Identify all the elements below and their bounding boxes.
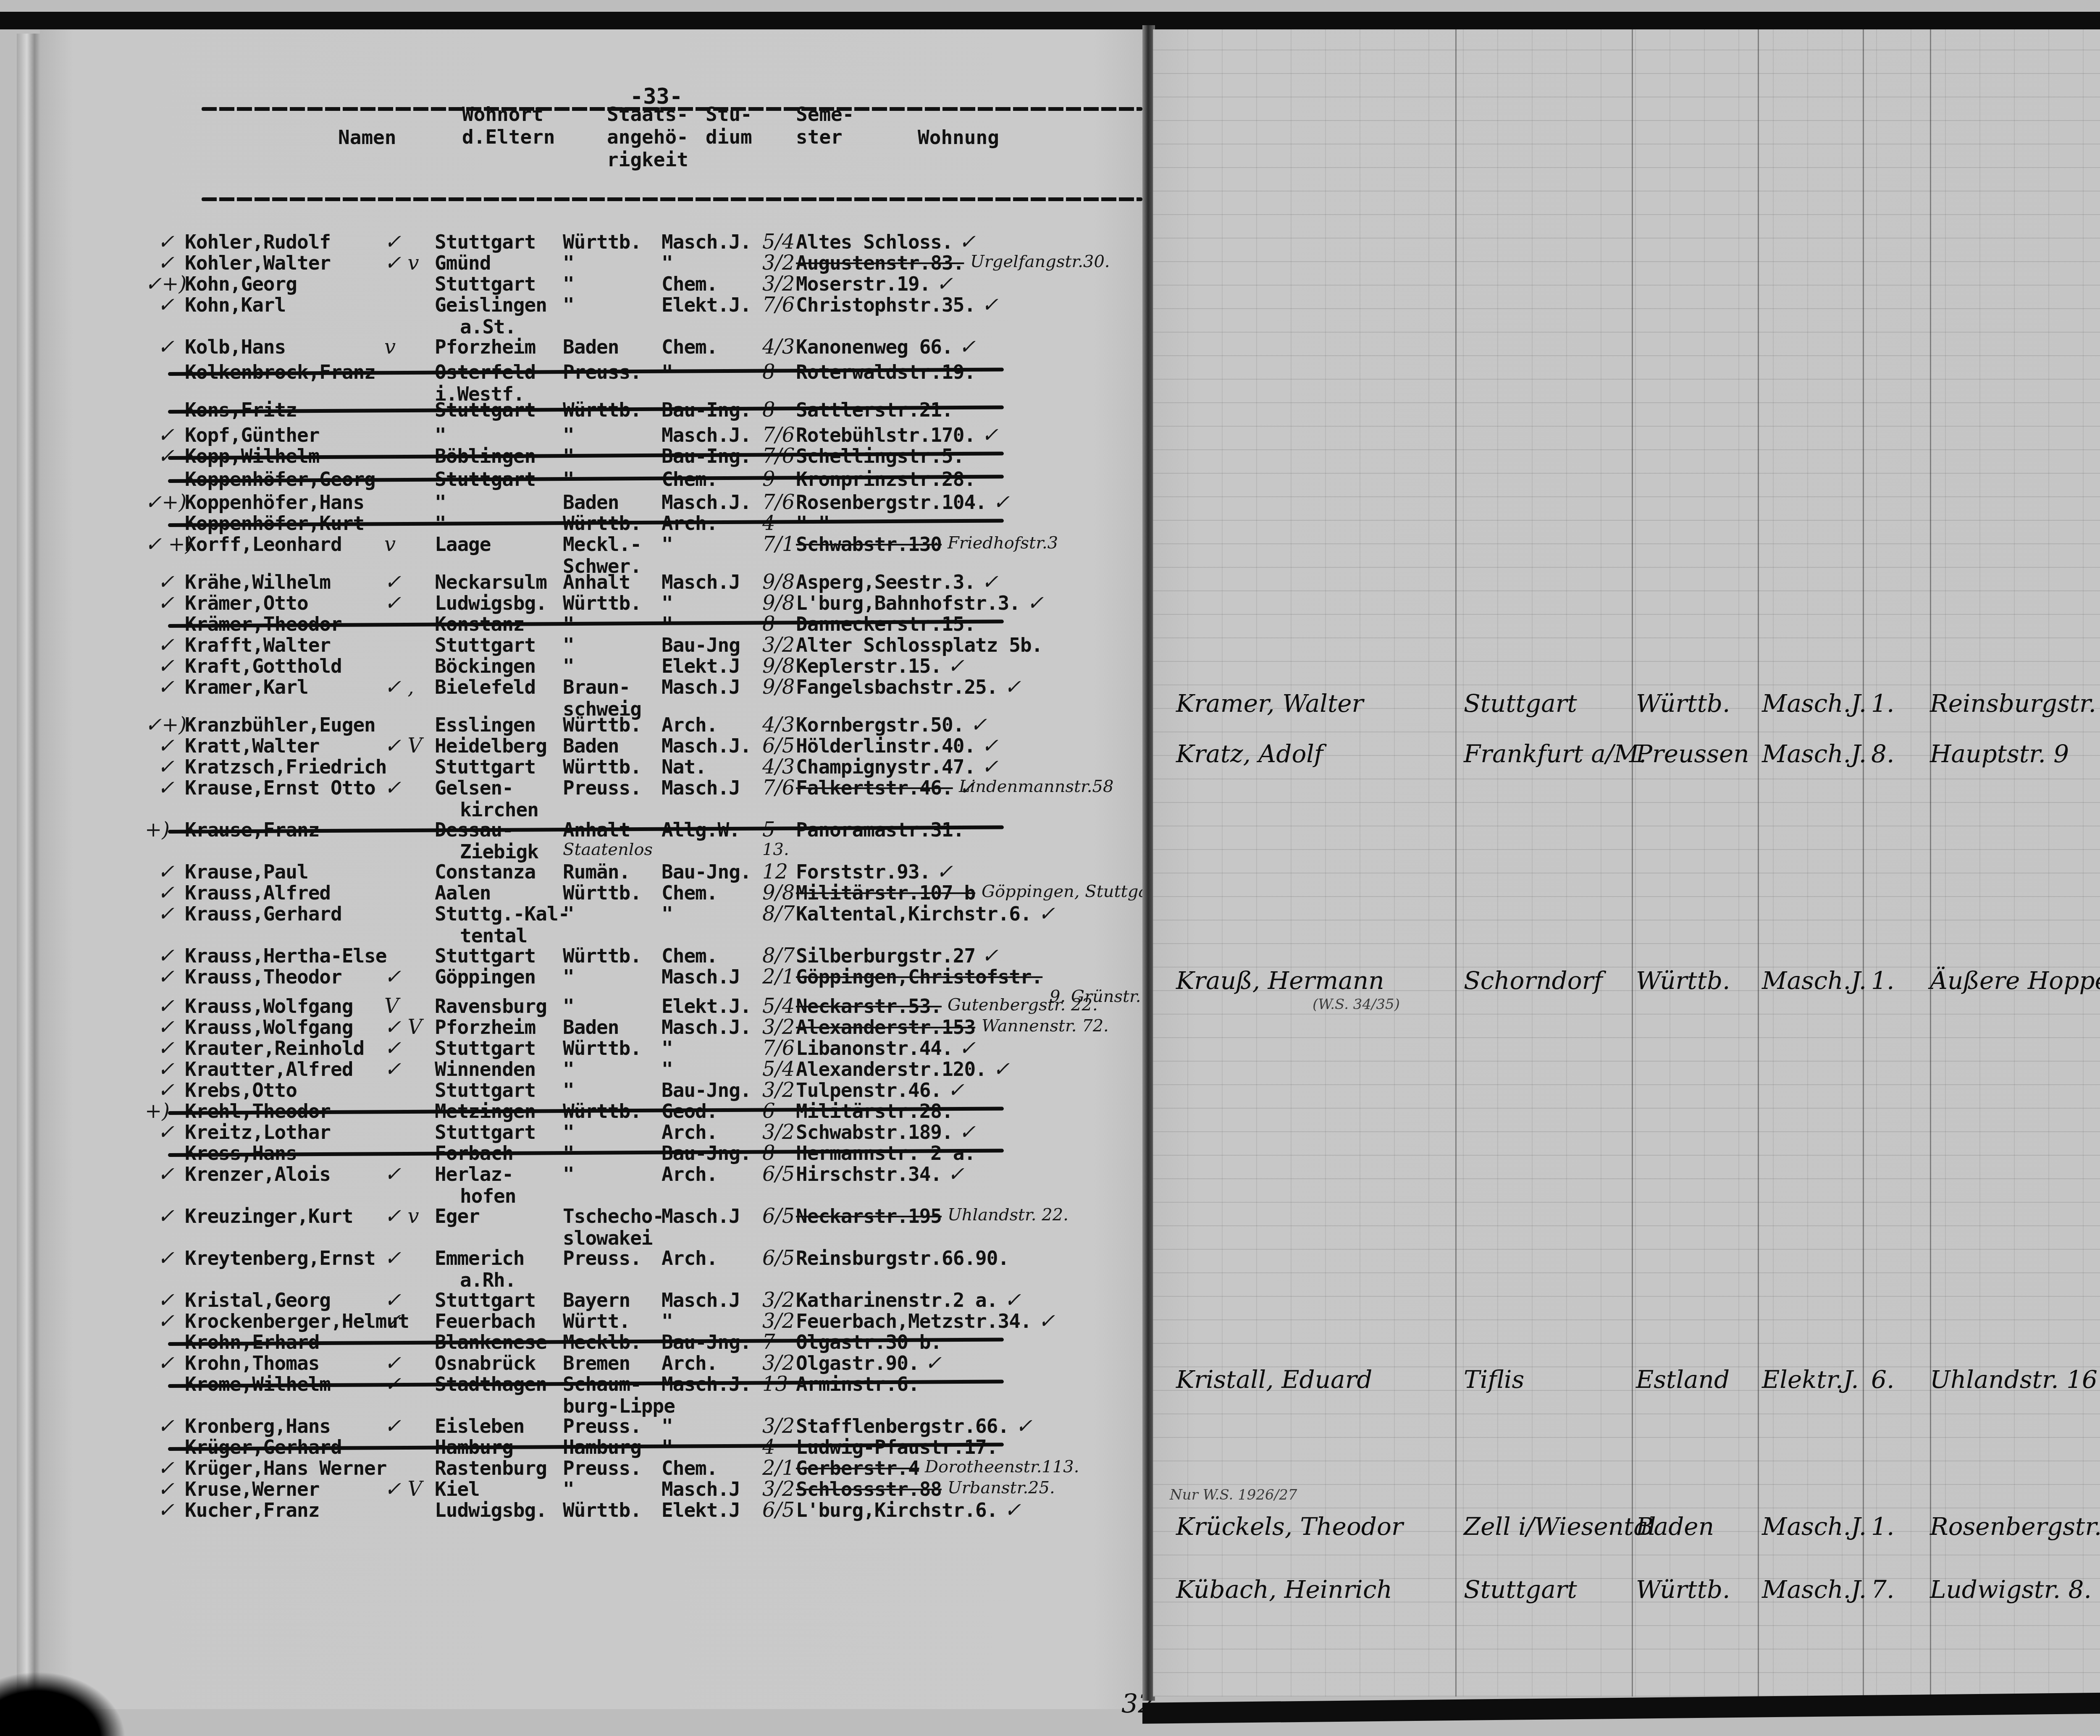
study-field: Chem. [661, 336, 717, 358]
register-row: ✓Krauss,Theodor✓Göppingen"Masch.J2/1Göpp… [40, 966, 1182, 991]
check-mark-icon: ✓ [982, 424, 998, 446]
student-name: Krause,Ernst Otto [185, 777, 375, 799]
parents-residence: Stuttgart [435, 1289, 535, 1311]
check-mark-icon: ✓ [157, 424, 174, 446]
check-mark-icon: ✓ [384, 1058, 401, 1080]
check-mark-icon: ✓ V [384, 1478, 422, 1500]
student-name: Krauss,Gerhard [185, 903, 342, 925]
parents-residence: Ludwigsbg. [435, 592, 547, 614]
check-mark-icon: ✓ [384, 571, 401, 593]
study-field: " [661, 1037, 673, 1059]
check-mark-icon: ✓ [982, 735, 998, 757]
check-mark-icon: ✓ [157, 1121, 174, 1143]
citizenship: Anhalt [563, 571, 630, 593]
citizenship: " [563, 294, 574, 316]
check-mark-icon: ✓ [384, 1037, 401, 1059]
student-name: Kristall, Eduard [1176, 1365, 1372, 1394]
study-field: " [661, 533, 673, 555]
parents-residence: Göppingen [435, 966, 535, 988]
citizenship-cont: slowakei [563, 1227, 653, 1249]
parents-residence: Geislingen [435, 294, 547, 316]
semester: 6/5 [762, 1163, 795, 1185]
check-mark-icon: ✓ [157, 945, 174, 967]
student-name: Kohn,Georg [185, 273, 297, 295]
study-field: Masch.J [661, 1478, 740, 1500]
parents-residence-cont: a.St. [460, 316, 516, 338]
citizenship: " [563, 1058, 574, 1080]
citizenship: " [563, 634, 574, 656]
semester: 9/8 [762, 655, 795, 677]
parents-residence-cont: hofen [460, 1185, 516, 1207]
parents-residence: Frankfurt a/M. [1464, 739, 1646, 768]
check-mark-icon: ✓ [157, 592, 174, 614]
student-name: Kucher,Franz [185, 1499, 319, 1521]
residence-address: Schwabstr.189. [796, 1121, 953, 1143]
register-page-left: -33- Namen Wohnort d.Eltern Staats- ange… [40, 29, 1149, 1709]
study-field: Masch.J. [1762, 1512, 1866, 1541]
check-mark-icon: ✓ [982, 756, 998, 778]
residence-address: L'burg,Kirchstr.6. [796, 1499, 998, 1521]
address-correction: Wannenstr. 72. [982, 1016, 1109, 1036]
student-name: Krauss,Hertha-Else [185, 945, 387, 967]
study-field: Masch.J. [1762, 966, 1866, 995]
semester-note: 13. [762, 840, 789, 859]
address-correction: Urbanstr.25. [948, 1478, 1055, 1497]
semester: 3/2 [762, 1121, 795, 1143]
semester: 5/4 [762, 995, 795, 1017]
check-mark-icon: ✓ [157, 231, 174, 253]
study-field: Arch. [661, 1121, 717, 1143]
parents-residence: Stuttgart [435, 634, 535, 656]
study-field: " [661, 903, 673, 925]
semester: 2/1 [762, 1457, 795, 1479]
residence-address: Altes Schloss. [796, 231, 953, 253]
semester: 6/5 [762, 1247, 795, 1269]
check-mark-icon: ✓ [157, 1058, 174, 1080]
check-mark-icon: ✓ [157, 861, 174, 883]
semester: 7. [1871, 1575, 1894, 1604]
register-row: ✓Kohn,KarlGeislingena.St."Elekt.J.7/6Chr… [40, 294, 1182, 319]
check-mark-icon: ✓ [157, 995, 174, 1017]
column-rule [1632, 29, 1633, 1697]
column-rule [1758, 29, 1759, 1697]
semester: 3/2 [762, 252, 795, 274]
check-mark-icon: +) [145, 819, 170, 841]
citizenship: " [563, 273, 574, 295]
entry-note: (W.S. 34/35) [1312, 996, 1400, 1013]
residence-address: Feuerbach,Metzstr.34. [796, 1310, 1032, 1332]
check-mark-icon: ✓ [157, 735, 174, 757]
check-mark-icon: ✓ [157, 252, 174, 274]
check-mark-icon: ✓ [384, 231, 401, 253]
parents-residence-cont: kirchen [460, 799, 538, 821]
semester: 1. [1871, 1512, 1894, 1541]
citizenship: " [563, 966, 574, 988]
study-field: Masch.J. [1762, 689, 1866, 718]
residence-address: Hölderlinstr.40. [796, 735, 975, 757]
check-mark-icon: ✓ [157, 1079, 174, 1101]
citizenship: Württb. [1636, 966, 1730, 995]
residence-address: Militärstr.107 b [796, 882, 975, 904]
semester: 3/2 [762, 1415, 795, 1437]
header-rule-bottom [202, 197, 1142, 201]
check-mark-icon: ✓+) [145, 273, 186, 295]
semester: 2/1 [762, 966, 795, 988]
check-mark-icon: ✓ , [384, 676, 414, 698]
register-row: ✓Kreuzinger,Kurt✓ vEgerTschecho-slowakei… [40, 1205, 1182, 1230]
citizenship: Meckl.- [563, 533, 641, 555]
citizenship: Württb. [563, 1499, 641, 1521]
parents-residence: Herlaz- [435, 1163, 513, 1185]
check-mark-icon: ✓ [384, 1352, 401, 1374]
parents-residence: Laage [435, 533, 491, 555]
parents-residence: Osnabrück [435, 1352, 535, 1374]
study-field: Masch.J [661, 1205, 740, 1227]
check-mark-icon: ✓ [982, 294, 998, 316]
citizenship: Württb. [1636, 689, 1730, 718]
study-field: Masch.J [661, 676, 740, 698]
handwritten-entry: Krauß, HermannSchorndorfWürttb.Masch.J.1… [1153, 966, 2100, 995]
handwritten-entry: Kristall, EduardTiflisEstlandElektr.J.6.… [1153, 1365, 2100, 1394]
parents-residence: Stuttg.-Kal- [435, 903, 569, 925]
study-field: Masch.J [661, 777, 740, 799]
address-correction: Gutenbergstr. 22. [948, 995, 1098, 1015]
semester: 7/6 [762, 294, 795, 316]
address-correction: Lindenmannstr.58 [959, 777, 1113, 796]
semester: 3/2 [762, 1289, 795, 1311]
student-name: Kübach, Heinrich [1176, 1575, 1392, 1604]
study-field: Masch.J [661, 966, 740, 988]
semester: 9/8 [762, 571, 795, 593]
student-name: Krauß, Hermann [1176, 966, 1384, 995]
semester: 6. [1871, 1365, 1894, 1394]
citizenship: " [563, 1121, 574, 1143]
residence-address: Ludwigstr. 8. [1930, 1575, 2092, 1604]
study-field: Arch. [661, 1352, 717, 1374]
check-mark-icon: ✓ [982, 571, 998, 593]
check-mark-icon: ✓+) [145, 714, 186, 736]
citizenship: Württb. [563, 1037, 641, 1059]
parents-residence: Böckingen [435, 655, 535, 677]
residence-address: Neckarstr.195 [796, 1205, 942, 1227]
parents-residence: Gelsen- [435, 777, 513, 799]
residence-address: Göppingen,Christofstr. [796, 966, 1042, 988]
check-mark-icon: ✓ [993, 1058, 1010, 1080]
parents-residence: Kiel [435, 1478, 480, 1500]
student-name: Kruse,Werner [185, 1478, 319, 1500]
citizenship: Preuss. [563, 777, 641, 799]
check-mark-icon: ✓ [157, 1163, 174, 1185]
parents-residence-cont: Ziebigk [460, 841, 538, 863]
check-mark-icon: ✓ [384, 1247, 401, 1269]
residence-address: Forststr.93. [796, 861, 930, 883]
check-mark-icon: ✓ v [384, 252, 419, 274]
residence-address: Hirschstr.34. [796, 1163, 942, 1185]
citizenship: Preuss. [563, 1415, 641, 1437]
residence-address: Kaltental,Kirchstr.6. [796, 903, 1032, 925]
parents-residence: Pforzheim [435, 1016, 535, 1038]
residence-address: Hauptstr. 9 [1930, 739, 2069, 768]
student-name: Kopf,Günther [185, 424, 319, 446]
check-mark-icon: V [384, 995, 399, 1017]
citizenship: Baden [563, 336, 619, 358]
student-name: Kohler,Rudolf [185, 231, 331, 253]
check-mark-icon: ✓ [157, 634, 174, 656]
check-mark-icon: ✓ [157, 882, 174, 904]
check-mark-icon: ✓ [1016, 1415, 1032, 1437]
check-mark-icon: ✓ [157, 336, 174, 358]
parents-residence: Tiflis [1464, 1365, 1524, 1394]
check-mark-icon: ✓ [157, 777, 174, 799]
register-row-struck: Koppenhöfer,GeorgStuttgart"Chem.9Kronpri… [40, 468, 1182, 493]
study-field: Masch.J. [1762, 739, 1866, 768]
check-mark-icon: ✓ [1004, 676, 1021, 698]
student-name: Krockenberger,Helmut [185, 1310, 409, 1332]
check-mark-icon: ✓ [157, 1352, 174, 1374]
handwritten-entry: Kramer, WalterStuttgartWürttb.Masch.J.1.… [1153, 689, 2100, 718]
check-mark-icon: ✓ [157, 1205, 174, 1227]
citizenship: Tschecho- [563, 1205, 664, 1227]
semester: 9/8 [762, 882, 795, 904]
student-name: Krauss,Wolfgang [185, 995, 353, 1017]
check-mark-icon: ✓ [936, 861, 953, 883]
study-field: Bau-Jng. [661, 1079, 751, 1101]
semester: 6/5 [762, 735, 795, 757]
study-field: Chem. [661, 882, 717, 904]
semester: 5/4 [762, 231, 795, 253]
residence-address: Moserstr.19. [796, 273, 930, 295]
residence-address: Rotebühlstr.170. [796, 424, 975, 446]
student-name: Kreytenberg,Ernst [185, 1247, 375, 1269]
check-mark-icon: ✓ [970, 714, 987, 736]
study-field: Bau-Jng [661, 634, 740, 656]
study-field: Elekt.J. [661, 294, 751, 316]
citizenship: " [563, 903, 574, 925]
residence-address: Falkertstr.46. [796, 777, 953, 799]
column-header-residence: Wohnung [918, 126, 999, 149]
citizenship: " [563, 424, 574, 446]
study-field: Masch.J. [661, 491, 751, 513]
study-field: Elektr.J. [1762, 1365, 1859, 1394]
study-field: Elekt.J [661, 655, 740, 677]
address-correction: Dorotheenstr.113. [925, 1457, 1079, 1476]
parents-residence: Schorndorf [1464, 966, 1603, 995]
semester: 6/5 [762, 1499, 795, 1521]
study-field: " [661, 592, 673, 614]
check-mark-icon: ✓ v [384, 1205, 419, 1227]
check-mark-icon: ✓ [1038, 903, 1055, 925]
citizenship: Braun- [563, 676, 630, 698]
student-name: Krauss,Wolfgang [185, 1016, 353, 1038]
check-mark-icon: ✓ [1038, 1310, 1055, 1332]
parents-residence: Zell i/Wiesental [1464, 1512, 1656, 1541]
citizenship: Baden [563, 735, 619, 757]
semester: 8. [1871, 739, 1894, 768]
register-row: ✓Krenzer,Alois✓Herlaz-hofen"Arch.6/5Hirs… [40, 1163, 1182, 1188]
check-mark-icon: ✓ [384, 1415, 401, 1437]
register-row: ✓Krause,Ernst Otto✓Gelsen-kirchenPreuss.… [40, 777, 1182, 802]
citizenship: Rumän. [563, 861, 630, 883]
register-row-struck: Kolkenbrock,FranzOsterfeldi.Westf.Preuss… [40, 361, 1182, 386]
semester: 4/3 [762, 756, 795, 778]
student-name: Kratzsch,Friedrich [185, 756, 387, 778]
register-row-struck: Krome,Wilhelm✓StadthagenSchaum-burg-Lipp… [40, 1373, 1182, 1398]
semester: 3/2 [762, 634, 795, 656]
residence-address: Libanonstr.44. [796, 1037, 953, 1059]
entry-note: Nur W.S. 1926/27 [1170, 1487, 1297, 1503]
check-mark-icon: ✓ [157, 903, 174, 925]
parents-residence: Stuttgart [435, 231, 535, 253]
residence-address: Äußere Hoppenlaustr. 100. [1930, 966, 2100, 995]
study-field: Masch.J. [661, 424, 751, 446]
student-name: Kratt,Walter [185, 735, 319, 757]
check-mark-icon: ✓ [959, 336, 976, 358]
parents-residence: Winnenden [435, 1058, 535, 1080]
check-mark-icon: ✓ V [384, 735, 422, 757]
column-header-semester: Seme- ster [796, 103, 854, 148]
handwritten-entry: Kübach, HeinrichStuttgartWürttb.Masch.J.… [1153, 1575, 2100, 1604]
parents-residence: Neckarsulm [435, 571, 547, 593]
student-name: Kristal,Georg [185, 1289, 331, 1311]
register-page-right: Kramer, WalterStuttgartWürttb.Masch.J.1.… [1153, 29, 2100, 1697]
citizenship: Baden [563, 1016, 619, 1038]
parents-residence: Gmünd [435, 252, 491, 274]
study-field: Elekt.J. [661, 995, 751, 1017]
check-mark-icon: ✓ [1004, 1499, 1021, 1521]
parents-residence: Eisleben [435, 1415, 525, 1437]
study-field: Masch.J. [661, 1016, 751, 1038]
check-mark-icon: ✓ [157, 966, 174, 988]
study-field: Masch.J [661, 571, 740, 593]
check-mark-icon: ✓ [384, 966, 401, 988]
semester: 7/6 [762, 424, 795, 446]
semester: 3/2 [762, 1079, 795, 1101]
student-name: Krähe,Wilhelm [185, 571, 331, 593]
residence-address: Reinsburgstr.66.90. [796, 1247, 1009, 1269]
handwritten-entry: Krückels, TheodorZell i/WiesentalBadenMa… [1153, 1512, 2100, 1541]
citizenship: Württb. [563, 714, 641, 736]
column-header-name: Namen [338, 126, 396, 149]
residence-address: Rosenbergstr.104. [796, 491, 987, 513]
residence-address: Augustenstr.83. [796, 252, 964, 274]
study-field: Arch. [661, 1247, 717, 1269]
student-name: Krause,Paul [185, 861, 308, 883]
check-mark-icon: ✓ [157, 571, 174, 593]
student-name: Kraft,Gotthold [185, 655, 342, 677]
register-row: ✓Kreytenberg,Ernst✓Emmericha.Rh.Preuss.A… [40, 1247, 1182, 1272]
parents-residence: Stuttgart [435, 756, 535, 778]
study-field: " [661, 252, 673, 274]
parents-residence: Feuerbach [435, 1310, 535, 1332]
check-mark-icon: ✓ [959, 1037, 976, 1059]
semester: 3/2 [762, 273, 795, 295]
citizenship: Baden [563, 491, 619, 513]
check-mark-icon: +) [145, 1100, 170, 1122]
parents-residence: Stuttgart [435, 945, 535, 967]
column-rule [1863, 29, 1864, 1697]
check-mark-icon: ✓ [157, 294, 174, 316]
parents-residence: " [435, 491, 446, 513]
register-row: ✓ +)Korff,LeonhardvLaageMeckl.-Schwer."7… [40, 533, 1182, 559]
check-mark-icon: ✓ [948, 655, 964, 677]
study-field: Nat. [661, 756, 706, 778]
student-name: Kohler,Walter [185, 252, 331, 274]
register-row-struck: Kons,FritzStuttgartWürttb.Bau-Ing.8Sattl… [40, 399, 1182, 424]
residence-address: L'burg,Bahnhofstr.3. [796, 592, 1020, 614]
residence-address: Silberburgstr.27 [796, 945, 975, 967]
study-field: Elekt.J [661, 1499, 740, 1521]
parents-residence: Ravensburg [435, 995, 547, 1017]
check-mark-icon: ✓ [925, 1352, 942, 1374]
citizenship: Württb. [563, 945, 641, 967]
student-name: Krebs,Otto [185, 1079, 297, 1101]
register-row: ✓Kramer,Karl✓ ,BielefeldBraun-schweigMas… [40, 676, 1182, 701]
citizenship: Württ. [563, 1310, 630, 1332]
residence-address: Alexanderstr.120. [796, 1058, 987, 1080]
parents-residence: Esslingen [435, 714, 535, 736]
column-rule [1930, 29, 1931, 1697]
citizenship: Bayern [563, 1289, 630, 1311]
address-correction: Urgelfangstr.30. [970, 252, 1110, 271]
semester: 4/3 [762, 714, 795, 736]
residence-address: Tulpenstr.46. [796, 1079, 942, 1101]
parents-residence-cont: a.Rh. [460, 1269, 516, 1291]
check-mark-icon: ✓ [982, 945, 998, 967]
citizenship: Württb. [563, 756, 641, 778]
citizenship: Bremen [563, 1352, 630, 1374]
residence-address: Uhlandstr. 16 b. [1930, 1365, 2100, 1394]
citizenship: Preuss. [563, 1247, 641, 1269]
student-name: Krämer,Otto [185, 592, 308, 614]
column-header-parents-residence: Wohnort d.Eltern [462, 103, 555, 148]
check-mark-icon: ✓ [936, 273, 953, 295]
residence-address: Christophstr.35. [796, 294, 975, 316]
semester: 9/8 [762, 592, 795, 614]
check-mark-icon: ✓ [157, 655, 174, 677]
student-name: Kreitz,Lothar [185, 1121, 331, 1143]
parents-residence: Aalen [435, 882, 491, 904]
study-field: Chem. [661, 945, 717, 967]
residence-address: Schwabstr.130 [796, 533, 942, 555]
student-name: Krauss,Alfred [185, 882, 331, 904]
study-field: " [661, 1415, 673, 1437]
student-name: Kratz, Adolf [1176, 739, 1323, 768]
semester: 3/2 [762, 1016, 795, 1038]
check-mark-icon: ✓ [1027, 592, 1044, 614]
student-name: Kronberg,Hans [185, 1415, 331, 1437]
student-name: Krauter,Reinhold [185, 1037, 364, 1059]
semester: 8/7 [762, 903, 795, 925]
parents-residence: Stuttgart [435, 1037, 535, 1059]
semester: 7/6 [762, 491, 795, 513]
parents-residence: Rastenburg [435, 1457, 547, 1479]
citizenship: " [563, 252, 574, 274]
student-name: Krückels, Theodor [1176, 1512, 1403, 1541]
citizenship: " [563, 1079, 574, 1101]
study-field: Arch. [661, 714, 717, 736]
student-name: Krüger,Hans Werner [185, 1457, 387, 1479]
citizenship: Baden [1636, 1512, 1714, 1541]
check-mark-icon: ✓ [384, 592, 401, 614]
study-field: Masch.J. [661, 735, 751, 757]
residence-address: Reinsburgstr. 89. [1930, 689, 2100, 718]
semester: 3/2 [762, 1478, 795, 1500]
check-mark-icon: ✓ [384, 1289, 401, 1311]
check-mark-icon: ✓+) [145, 491, 186, 513]
citizenship: " [563, 995, 574, 1017]
check-mark-icon: ✓ [157, 1289, 174, 1311]
semester: 3/2 [762, 1352, 795, 1374]
